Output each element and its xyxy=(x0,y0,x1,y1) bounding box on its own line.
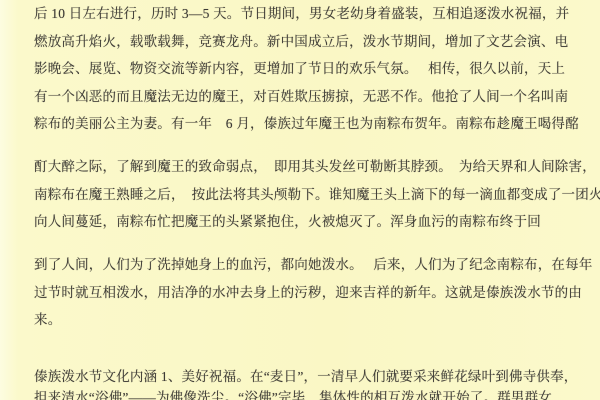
paragraph-festival-activities: 后 10 日左右进行，历时 3—5 天。节日期间，男女老幼身着盛装，互相追逐泼水… xyxy=(34,0,590,138)
text-line: 傣族泼水节文化内涵 1、美好祝福。在“麦日”，一清早人们就要采来鲜花绿叶到佛寺供… xyxy=(34,366,590,387)
document-page: 后 10 日左右进行，历时 3—5 天。节日期间，男女老幼身着盛装，互相追逐泼水… xyxy=(0,0,600,400)
paragraph-cultural-meaning: 傣族泼水节文化内涵 1、美好祝福。在“麦日”，一清早人们就要采来鲜花绿叶到佛寺供… xyxy=(34,366,590,400)
paragraph-festival-origin: 到了人间，人们为了洗掉她身上的血污，都向她泼水。 后来，人们为了纪念南粽布，在每… xyxy=(34,251,590,334)
paragraph-legend-demon-king: 酊大醉之际，了解到魔王的致命弱点， 即用其头发丝可勒断其脖颈。 为给天界和人间除… xyxy=(34,153,590,236)
text-line: 有一个凶恶的而且魔法无边的魔王，对百姓欺压掳掠，无恶不作。他抢了人间一个名叫南 xyxy=(34,83,590,111)
text-line: 酊大醉之际，了解到魔王的致命弱点， 即用其头发丝可勒断其脖颈。 为给天界和人间除… xyxy=(34,153,590,181)
text-line: 来。 xyxy=(34,306,590,334)
text-line: 影晚会、展览、物资交流等新内容，更增加了节日的欢乐气氛。 相传，很久以前，天上 xyxy=(34,55,590,83)
text-line: 向人间蔓延，南粽布忙把魔王的头紧紧抱住，火被熄灭了。浑身血污的南粽布终于回 xyxy=(34,208,590,236)
text-line: 后 10 日左右进行，历时 3—5 天。节日期间，男女老幼身着盛装，互相追逐泼水… xyxy=(34,0,590,28)
text-line: 粽布的美丽公主为妻。有一年 6 月，傣族过年魔王也为南粽布贺年。南粽布趁魔王喝得… xyxy=(34,110,590,138)
text-line: 过节时就互相泼水，用洁净的水冲去身上的污秽，迎来吉祥的新年。这就是傣族泼水节的由 xyxy=(34,279,590,307)
text-line: 南粽布在魔王熟睡之后， 按此法将其头颅勒下。谁知魔王头上滴下的每一滴血都变成了一… xyxy=(34,181,590,209)
text-line-clipped: 担来清水“浴佛”——为佛像洗尘。“浴佛”完毕，集体性的相互泼水就开始了。群男群女 xyxy=(34,387,590,400)
text-line: 燃放高升焰火，载歌载舞，竞赛龙舟。新中国成立后，泼水节期间，增加了文艺会演、电 xyxy=(34,28,590,56)
text-line: 到了人间，人们为了洗掉她身上的血污，都向她泼水。 后来，人们为了纪念南粽布，在每… xyxy=(34,251,590,279)
